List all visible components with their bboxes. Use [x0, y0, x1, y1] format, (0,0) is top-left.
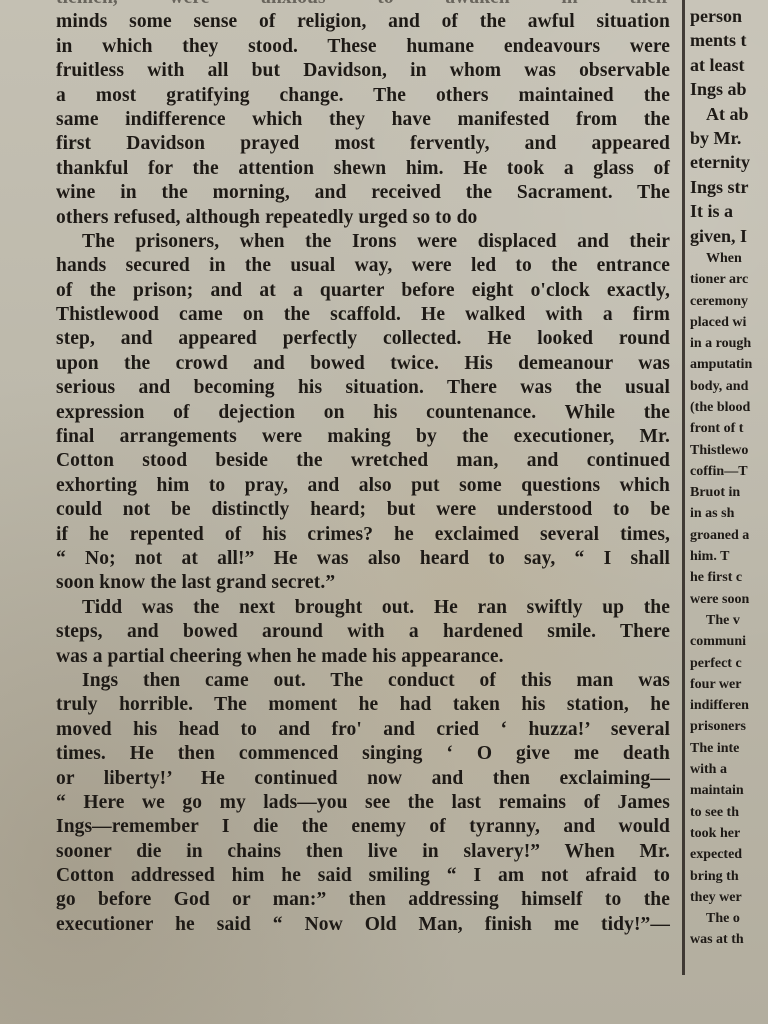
- side-line-small: four wer: [690, 674, 768, 695]
- article-line: Cotton stood beside the wretched man, an…: [56, 449, 670, 473]
- article-line: executioner he said “ Now Old Man, finis…: [56, 913, 670, 937]
- side-line-small: (the blood: [690, 397, 768, 418]
- article-line: was a partial cheering when he made his …: [56, 645, 670, 669]
- side-line-small: bring th: [690, 866, 768, 887]
- article-line: Cotton addressed him he said smiling “ I…: [56, 864, 670, 888]
- side-line: At ab: [690, 102, 768, 126]
- article-line: first Davidson prayed most fervently, an…: [56, 132, 670, 156]
- side-line: ments t: [690, 28, 768, 52]
- side-line-small: with a: [690, 759, 768, 780]
- side-line-small: in as sh: [690, 503, 768, 524]
- side-line: at least: [690, 53, 768, 77]
- article-line: serious and becoming his situation. Ther…: [56, 376, 670, 400]
- side-line-small: indifferen: [690, 695, 768, 716]
- article-line-cropped: tlemen, were anxious to awaken in their: [56, 0, 670, 10]
- article-line: truly horrible. The moment he had taken …: [56, 693, 670, 717]
- paragraph-start-line: The prisoners, when the Irons were displ…: [56, 230, 670, 254]
- article-line: upon the crowd and bowed twice. His deme…: [56, 352, 670, 376]
- side-line-small: The inte: [690, 738, 768, 759]
- side-line-small: maintain: [690, 780, 768, 801]
- side-line-small: to see th: [690, 802, 768, 823]
- side-line-small: perfect c: [690, 653, 768, 674]
- side-line-small: The v: [690, 610, 768, 631]
- side-line-small: coffin—T: [690, 461, 768, 482]
- side-line: eternity: [690, 150, 768, 174]
- article-line: others refused, although repeatedly urge…: [56, 206, 670, 230]
- side-line-small: him. T: [690, 546, 768, 567]
- article-line: times. He then commenced singing ‘ O giv…: [56, 742, 670, 766]
- article-line: if he repented of his crimes? he exclaim…: [56, 523, 670, 547]
- side-line-small: expected: [690, 844, 768, 865]
- side-line: person: [690, 4, 768, 28]
- article-line: step, and appeared perfectly collected. …: [56, 327, 670, 351]
- column-divider-rule: [682, 0, 685, 975]
- article-line: Thistlewood came on the scaffold. He wal…: [56, 303, 670, 327]
- side-line: It is a: [690, 199, 768, 223]
- article-line: Ings—remember I die the enemy of tyranny…: [56, 815, 670, 839]
- article-line: steps, and bowed around with a hardened …: [56, 620, 670, 644]
- paragraph-start-line: Ings then came out. The conduct of this …: [56, 669, 670, 693]
- article-line: expression of dejection on his countenan…: [56, 401, 670, 425]
- newspaper-page: tlemen, were anxious to awaken in their …: [0, 0, 768, 1024]
- side-line: given, I: [690, 224, 768, 248]
- article-line: soon know the last grand secret.”: [56, 571, 670, 595]
- article-line: “ Here we go my lads—you see the last re…: [56, 791, 670, 815]
- side-line-small: communi: [690, 631, 768, 652]
- paragraph-start-line: Tidd was the next brought out. He ran sw…: [56, 596, 670, 620]
- article-line: sooner die in chains then live in slaver…: [56, 840, 670, 864]
- article-line: or liberty!’ He continued now and then e…: [56, 767, 670, 791]
- side-line-small: took her: [690, 823, 768, 844]
- side-line-small: they wer: [690, 887, 768, 908]
- side-line-small: When: [690, 248, 768, 269]
- side-line-small: were soon: [690, 589, 768, 610]
- article-line: fruitless with all but Davidson, in whom…: [56, 59, 670, 83]
- article-line: hands secured in the usual way, were led…: [56, 254, 670, 278]
- side-line-small: Bruot in: [690, 482, 768, 503]
- side-line-small: in a rough: [690, 333, 768, 354]
- side-line-small: body, and: [690, 376, 768, 397]
- article-line: a most gratifying change. The others mai…: [56, 84, 670, 108]
- side-line: Ings str: [690, 175, 768, 199]
- side-line-small: placed wi: [690, 312, 768, 333]
- article-line: exhorting him to pray, and also put some…: [56, 474, 670, 498]
- article-line: “ No; not at all!” He was also heard to …: [56, 547, 670, 571]
- side-line-small: front of t: [690, 418, 768, 439]
- side-line-small: groaned a: [690, 525, 768, 546]
- article-line: in which they stood. These humane endeav…: [56, 35, 670, 59]
- side-line: Ings ab: [690, 77, 768, 101]
- side-line-small: Thistlewo: [690, 440, 768, 461]
- side-line-small: he first c: [690, 567, 768, 588]
- side-line-small: amputatin: [690, 354, 768, 375]
- side-line-small: was at th: [690, 929, 768, 950]
- article-line: could not be distinctly heard; but were …: [56, 498, 670, 522]
- side-line-small: prisoners: [690, 716, 768, 737]
- article-line: same indifference which they have manife…: [56, 108, 670, 132]
- side-line-small: ceremony: [690, 291, 768, 312]
- article-line: moved his head to and fro' and cried ‘ h…: [56, 718, 670, 742]
- side-line-small: The o: [690, 908, 768, 929]
- article-line: wine in the morning, and received the Sa…: [56, 181, 670, 205]
- article-line: go before God or man:” then addressing h…: [56, 888, 670, 912]
- article-line: minds some sense of religion, and of the…: [56, 10, 670, 34]
- article-line: final arrangements were making by the ex…: [56, 425, 670, 449]
- side-line-small: tioner arc: [690, 269, 768, 290]
- article-main-column: tlemen, were anxious to awaken in their …: [56, 0, 670, 937]
- side-line: by Mr.: [690, 126, 768, 150]
- article-line: thankful for the attention shewn him. He…: [56, 157, 670, 181]
- article-line: of the prison; and at a quarter before e…: [56, 279, 670, 303]
- adjacent-column-fragment: person ments t at least Ings ab At ab by…: [690, 4, 768, 951]
